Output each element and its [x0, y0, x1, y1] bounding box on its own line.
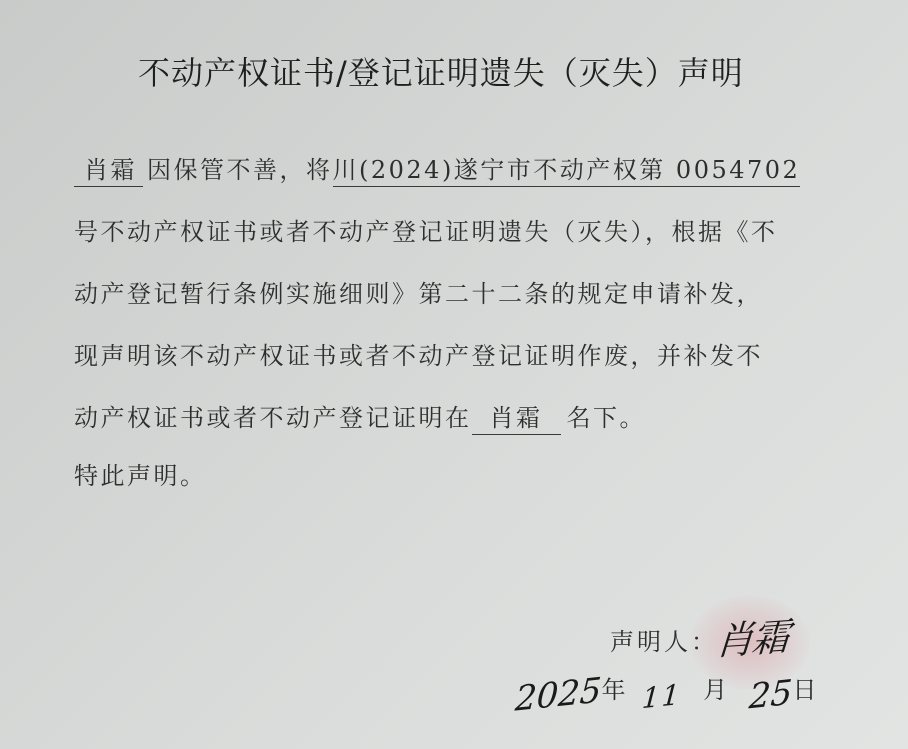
body-line-3: 动产登记暂行条例实施细则》第二十二条的规定申请补发，	[74, 274, 763, 309]
date-day-char: 日	[792, 670, 816, 705]
body-text: 动产权证书或者不动产登记证明在	[74, 404, 472, 432]
body-text: 名下。	[567, 404, 647, 432]
body-line-2: 号不动产权证书或者不动产登记证明遗失（灭失），根据《不	[74, 212, 778, 247]
declarant-name-field: 肖霜	[74, 150, 143, 187]
owner-name-field: 肖霜	[472, 398, 561, 435]
date-month-char: 月	[703, 670, 727, 705]
date-year: 2025	[514, 670, 603, 720]
date-day: 25	[748, 672, 794, 717]
date-month: 11	[640, 678, 682, 716]
body-line-1: 肖霜因保管不善，将川(2024)遂宁市不动产权第 0054702	[74, 150, 800, 187]
document-title: 不动产权证书/登记证明遗失（灭失）声明	[138, 48, 778, 94]
body-line-4: 现声明该不动产权证书或者不动产登记证明作废，并补发不	[74, 336, 763, 371]
certificate-number: 川(2024)遂宁市不动产权第 0054702	[333, 150, 801, 187]
signature-date: 2025年11月25日	[515, 670, 816, 715]
closing-line: 特此声明。	[74, 456, 207, 491]
body-line-5: 动产权证书或者不动产登记证明在肖霜名下。	[74, 398, 646, 435]
document-page: 不动产权证书/登记证明遗失（灭失）声明 肖霜因保管不善，将川(2024)遂宁市不…	[0, 0, 908, 749]
declarant-label: 声明人：	[610, 622, 718, 657]
handwritten-signature: 肖霜	[714, 605, 790, 665]
date-year-char: 年	[602, 670, 626, 705]
body-text: 因保管不善，将	[147, 156, 333, 184]
